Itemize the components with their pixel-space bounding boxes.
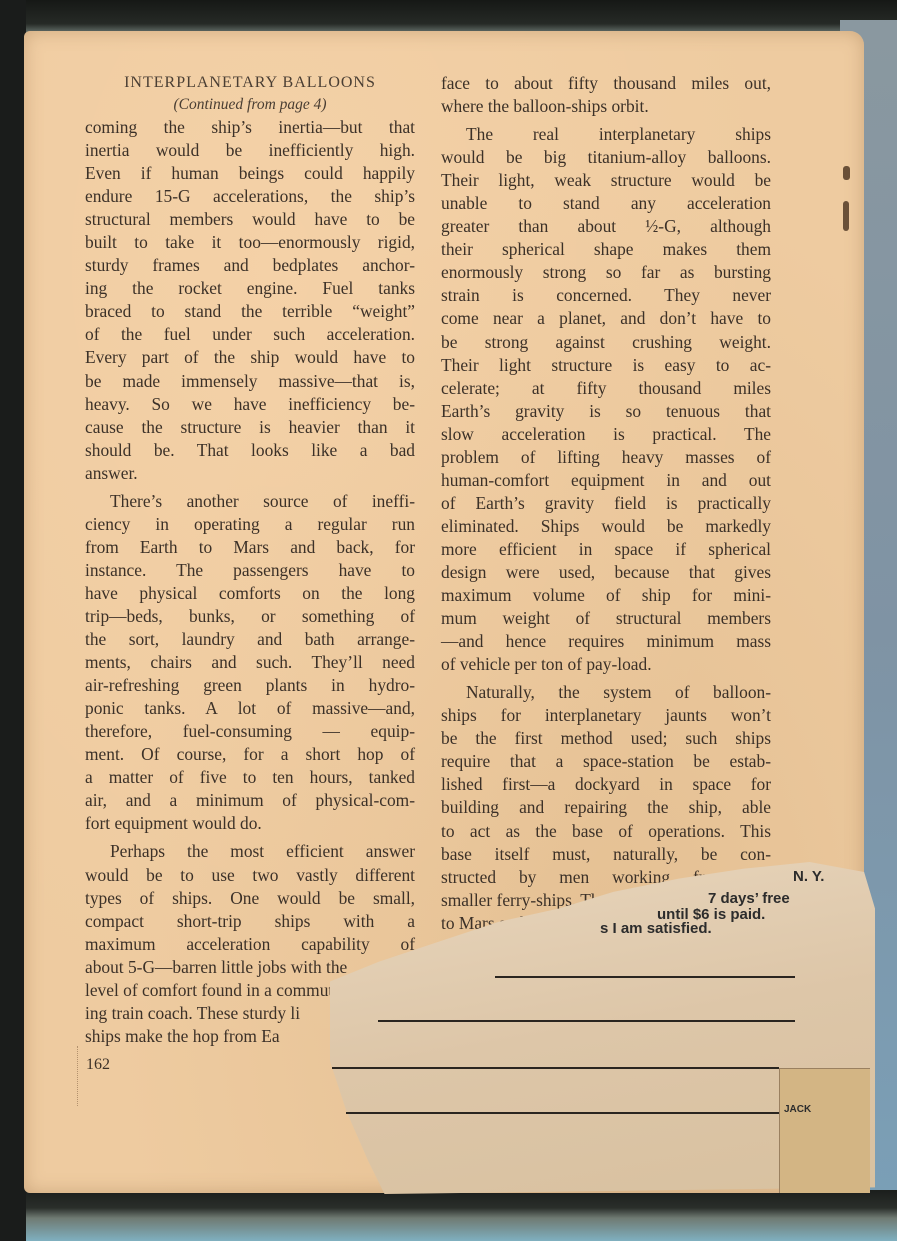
text-line: require that a space-station be estab- <box>441 750 771 773</box>
text-line: coming the ship’s inertia—but that <box>85 116 415 139</box>
text-line: cause the structure is heavier than it <box>85 416 415 439</box>
text-line: sturdy frames and bedplates anchor- <box>85 254 415 277</box>
article-title: INTERPLANETARY BALLOONS <box>85 71 415 94</box>
text-line: where the balloon-ships orbit. <box>441 95 771 118</box>
text-line: ciency in operating a regular run <box>85 513 415 536</box>
right-column: face to about fifty thousand miles out,w… <box>441 72 771 981</box>
coupon-text-line: s I am satisfied. <box>600 920 712 937</box>
text-line: air, and a minimum of physical-com- <box>85 789 415 812</box>
scanner-background-top <box>26 0 897 34</box>
text-line: answer. <box>85 462 415 485</box>
text-line: design were used, because that gives <box>441 561 771 584</box>
scanner-background-bottom <box>26 1190 897 1241</box>
text-line: structural members would have to be <box>85 208 415 231</box>
text-line: enormously strong so far as bursting <box>441 261 771 284</box>
text-line: ments, chairs and such. They’ll need <box>85 651 415 674</box>
text-line: —and hence requires minimum mass <box>441 630 771 653</box>
text-line: come near a planet, and don’t have to <box>441 307 771 330</box>
left-column: INTERPLANETARY BALLOONS (Continued from … <box>85 71 415 1048</box>
coupon-stub-label: JACK <box>784 1101 811 1118</box>
text-line: lished first—a dockyard in space for <box>441 773 771 796</box>
text-line: Their light, weak structure would be <box>441 169 771 192</box>
coupon-blank-line <box>495 976 795 978</box>
margin-rule <box>77 1046 78 1106</box>
coupon-text-line: N. Y. <box>793 868 824 885</box>
text-line: endure 15-G accelerations, the ship’s <box>85 185 415 208</box>
text-line: base itself must, naturally, be con- <box>441 843 771 866</box>
text-line: from Earth to Mars and back, for <box>85 536 415 559</box>
text-line: would be big titanium-alloy balloons. <box>441 146 771 169</box>
text-line: would be to use two vastly different <box>85 864 415 887</box>
text-line: There’s another source of ineffi- <box>85 490 415 513</box>
text-line: building and repairing the ship, able <box>441 796 771 819</box>
text-line: mum weight of structural members <box>441 607 771 630</box>
text-line: slow acceleration is practical. The <box>441 423 771 446</box>
text-line: Perhaps the most efficient answer <box>85 840 415 863</box>
text-line: should be. That looks like a bad <box>85 439 415 462</box>
text-line: problem of lifting heavy masses of <box>441 446 771 469</box>
paragraph: There’s another source of ineffi-ciency … <box>85 490 415 836</box>
text-line: ment. Of course, for a short hop of <box>85 743 415 766</box>
text-line: instance. The passengers have to <box>85 559 415 582</box>
text-line: Earth’s gravity is so tenuous that <box>441 400 771 423</box>
text-line: braced to stand the terrible “weight” <box>85 300 415 323</box>
continuation-note: (Continued from page 4) <box>85 94 415 116</box>
text-line: a matter of five to ten hours, tanked <box>85 766 415 789</box>
text-line: their spherical shape makes them <box>441 238 771 261</box>
text-line: built to take it too—enormously rigid, <box>85 231 415 254</box>
text-line: Every part of the ship would have to <box>85 346 415 369</box>
text-line: eliminated. Ships would be markedly <box>441 515 771 538</box>
text-line: to act as the base of operations. This <box>441 820 771 843</box>
text-line: be made immensely massive—that is, <box>85 370 415 393</box>
text-line: Even if human beings could happily <box>85 162 415 185</box>
coupon-text-line: 7 days’ free <box>708 890 790 907</box>
paragraph: face to about fifty thousand miles out,w… <box>441 72 771 118</box>
coupon-blank-line <box>332 1067 779 1069</box>
text-line: trip—beds, bunks, or something of <box>85 605 415 628</box>
text-line: Naturally, the system of balloon- <box>441 681 771 704</box>
text-line: types of ships. One would be small, <box>85 887 415 910</box>
text-line: more efficient in space if spherical <box>441 538 771 561</box>
text-line: the sort, laundry and bath arrange- <box>85 628 415 651</box>
text-line: of the fuel under such acceleration. <box>85 323 415 346</box>
text-line: celerate; at fifty thousand miles <box>441 377 771 400</box>
text-line: The real interplanetary ships <box>441 123 771 146</box>
staple-hole <box>843 166 850 180</box>
text-line: heavy. So we have inefficiency be- <box>85 393 415 416</box>
text-line: of vehicle per ton of pay-load. <box>441 653 771 676</box>
page-number: 162 <box>86 1056 110 1074</box>
coupon-stub <box>779 1068 870 1193</box>
text-line: air-refreshing green plants in hydro- <box>85 674 415 697</box>
text-line: therefore, fuel-consuming — equip- <box>85 720 415 743</box>
text-line: have physical comforts on the long <box>85 582 415 605</box>
text-line: human-comfort equipment in and out <box>441 469 771 492</box>
text-line: inertia would be inefficiently high. <box>85 139 415 162</box>
text-line: maximum volume of ship for mini- <box>441 584 771 607</box>
text-line: unable to stand any acceleration <box>441 192 771 215</box>
paragraph: coming the ship’s inertia—but thatinerti… <box>85 116 415 485</box>
text-line: ships for interplanetary jaunts won’t <box>441 704 771 727</box>
text-line: maximum acceleration capability of <box>85 933 415 956</box>
text-line: greater than about ½-G, although <box>441 215 771 238</box>
text-line: compact short-trip ships with a <box>85 910 415 933</box>
coupon-blank-line <box>346 1112 779 1114</box>
text-line: be strong against crushing weight. <box>441 331 771 354</box>
text-line: strain is concerned. They never <box>441 284 771 307</box>
text-line: ponic tanks. A lot of massive—and, <box>85 697 415 720</box>
text-line: ing the rocket engine. Fuel tanks <box>85 277 415 300</box>
coupon-blank-line <box>378 1020 795 1022</box>
paragraph: The real interplanetary shipswould be bi… <box>441 123 771 676</box>
text-line: of Earth’s gravity field is practically <box>441 492 771 515</box>
text-line: face to about fifty thousand miles out, <box>441 72 771 95</box>
text-line: fort equipment would do. <box>85 812 415 835</box>
staple-hole <box>843 201 849 231</box>
text-line: be the first method used; such ships <box>441 727 771 750</box>
text-line: Their light structure is easy to ac- <box>441 354 771 377</box>
